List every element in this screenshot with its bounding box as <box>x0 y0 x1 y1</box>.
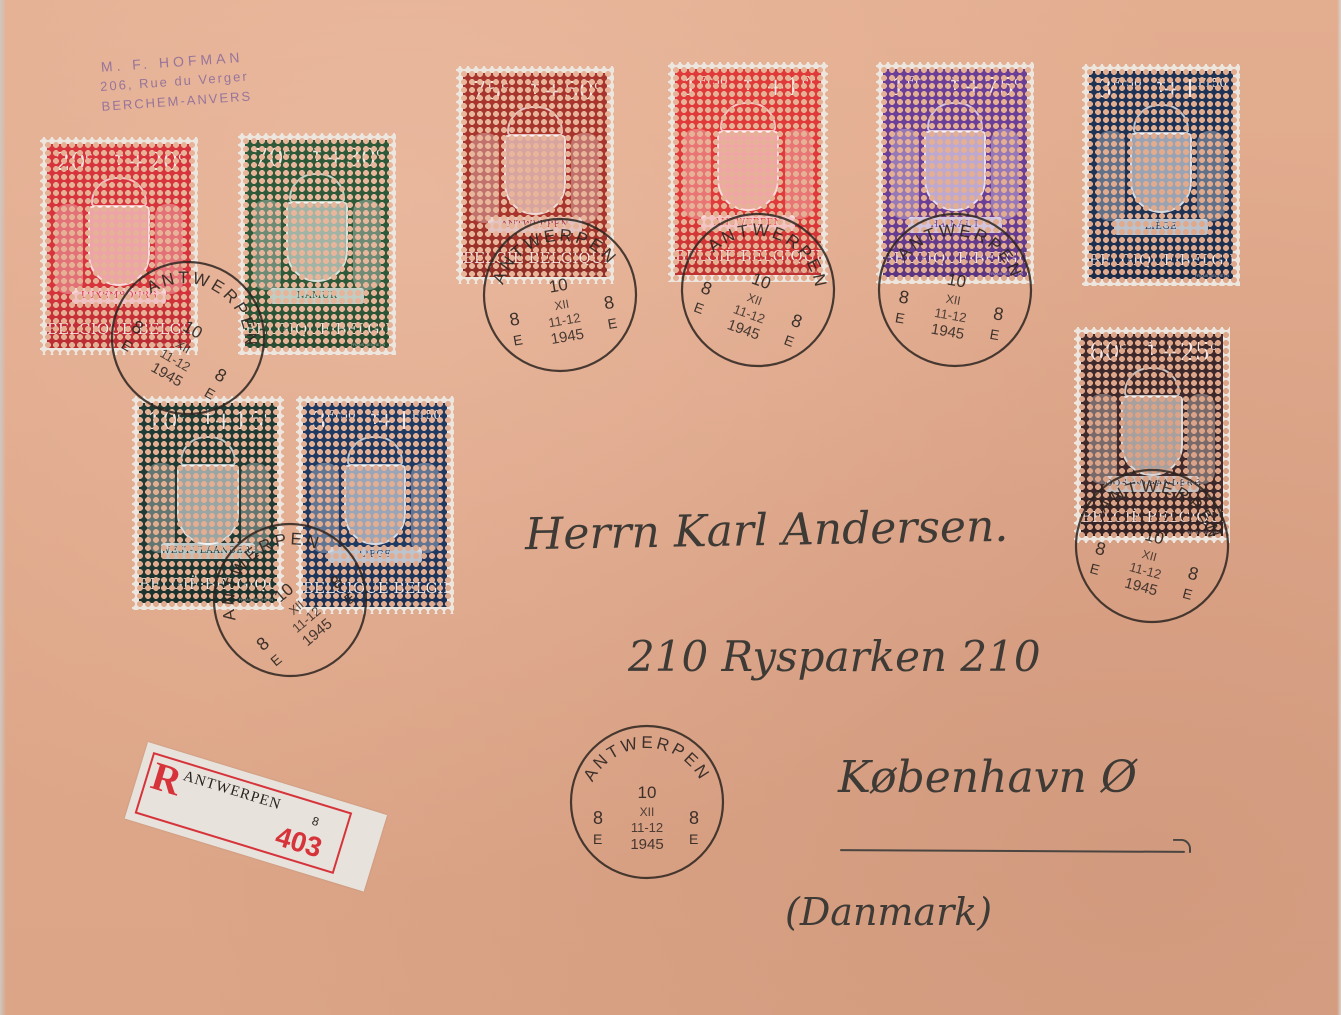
recipient-country: (Danmark) <box>785 890 992 934</box>
stamp-country: BELGIQUE·BELGIË <box>883 249 1027 267</box>
svg-text:8: 8 <box>789 310 805 332</box>
stamp-surcharge: +15c <box>214 409 271 433</box>
stamp-design: 70c☨+30cNAMURBELGIQUE·BELGIËFRANS BEGHEY… <box>245 140 389 348</box>
stamp-surcharge: +1Fr50 <box>1162 77 1227 101</box>
stamp-liege-bottom: 3Fr50☨+1Fr50LIEGEBELGIQUE·BELGIËFRANS BE… <box>296 396 454 614</box>
crown-icon <box>507 106 563 136</box>
coat-of-arms-shield-icon <box>344 465 406 545</box>
svg-text:E: E <box>989 326 1001 343</box>
lion-supporter-left-icon <box>311 463 339 553</box>
stamp-antwerpen-1fr50: 1Fr50☨+1FrANTWERPENBELGIË·BELGIQUEFRANS … <box>668 62 828 282</box>
stamp-namur: 70c☨+30cNAMURBELGIQUE·BELGIËFRANS BEGHEY… <box>238 133 396 355</box>
lion-supporter-right-icon <box>155 204 183 294</box>
province-ribbon: ANTWERPEN <box>488 217 582 233</box>
printer-imprint: FRANS BEGHEYN <box>239 597 273 602</box>
svg-text:1945: 1945 <box>930 321 966 344</box>
lion-supporter-right-icon <box>411 463 439 553</box>
crown-icon <box>180 436 236 466</box>
printer-imprint: FRANS BEGHEYN <box>153 342 187 347</box>
stamp-surcharge: +1Fr50 <box>376 409 441 433</box>
printer-imprint: FRANS BEGHEYN <box>351 342 385 347</box>
stamp-value: 75c <box>471 79 508 103</box>
svg-text:E: E <box>894 309 906 326</box>
printer-imprint: FRANS BEGHEYN <box>409 601 443 606</box>
lion-supporter-left-icon <box>1089 394 1117 484</box>
lion-supporter-left-icon <box>147 463 175 553</box>
svg-text:11-12: 11-12 <box>933 305 967 325</box>
province-ribbon: LUXEMBOURG <box>72 288 166 304</box>
svg-text:11-12: 11-12 <box>1128 559 1163 582</box>
svg-text:XII: XII <box>1141 547 1159 564</box>
svg-text:ANTWERPEN: ANTWERPEN <box>580 733 715 785</box>
crown-icon <box>91 177 147 207</box>
svg-text:1945: 1945 <box>630 836 663 853</box>
sender-address-stamp: M. F. HOFMAN 206, Rue du Verger BERCHEM-… <box>98 43 302 117</box>
printer-imprint: FRANS BEGHEYN <box>569 271 603 276</box>
coat-of-arms-shield-icon <box>924 131 986 211</box>
coat-of-arms-shield-icon <box>177 465 239 545</box>
svg-text:1945: 1945 <box>299 615 335 649</box>
stamp-value: 20c <box>55 150 92 174</box>
stamp-country: BELGIË·BELGIQUE <box>675 247 821 265</box>
lion-supporter-right-icon <box>991 129 1019 219</box>
stamp-value: 60c <box>1089 340 1126 364</box>
svg-text:1945: 1945 <box>148 359 185 390</box>
stamp-design: 60c☨+25cOOST-VLAANDERENBELGIË·BELGIQUEFR… <box>1081 334 1223 536</box>
svg-text:XII: XII <box>553 297 570 313</box>
province-ribbon: ANTWERPEN <box>701 215 795 231</box>
svg-text:E: E <box>782 332 796 350</box>
city-underline <box>840 849 1185 853</box>
cross-of-lorraine-icon: ☨ <box>743 73 754 93</box>
crown-icon <box>1133 104 1189 134</box>
crown-icon <box>720 102 776 132</box>
lion-supporter-right-icon <box>1187 394 1215 484</box>
province-ribbon: LIÈGE <box>1114 219 1208 235</box>
stamp-design: 10c☨+15cWEST-VLAANDERENBELGIË·BELGIQUEFR… <box>139 403 277 603</box>
stamp-country: BELGIQUE·BELGIË <box>1089 251 1233 269</box>
printer-imprint: FRANS BEGHEYN <box>1185 530 1219 535</box>
stamp-antwerpen-75c: 75c☨+50cANTWERPENBELGIË·BELGIQUEFRANS BE… <box>456 66 614 284</box>
lion-supporter-left-icon <box>1097 131 1125 221</box>
province-ribbon: HAINAUT <box>908 217 1002 233</box>
svg-text:E: E <box>593 831 602 847</box>
printer-imprint: FRANS BEGHEYN <box>989 271 1023 276</box>
svg-text:8: 8 <box>211 364 230 386</box>
stamp-luxembourg: 20c☨+20cLUXEMBOURGBELGIQUE·BELGIËFRANS B… <box>40 137 198 355</box>
svg-text:XII: XII <box>945 292 962 308</box>
svg-text:1945: 1945 <box>725 316 762 343</box>
coat-of-arms-shield-icon <box>504 135 566 215</box>
lion-supporter-right-icon <box>571 133 599 223</box>
stamp-design: 75c☨+50cANTWERPENBELGIË·BELGIQUEFRANS BE… <box>463 73 607 277</box>
svg-text:11-12: 11-12 <box>732 301 767 326</box>
cross-of-lorraine-icon: ☨ <box>1147 338 1158 358</box>
lion-supporter-left-icon <box>471 133 499 223</box>
stamp-country: BELGIQUE·BELGIË <box>245 320 389 338</box>
svg-text:XII: XII <box>640 805 655 819</box>
stamp-value: 3Fr50 <box>311 409 356 433</box>
lion-supporter-right-icon <box>353 200 381 290</box>
svg-text:8: 8 <box>689 808 699 828</box>
svg-text:8: 8 <box>508 309 521 330</box>
stamp-value: 70c <box>253 146 290 170</box>
stamp-country: BELGIQUE·BELGIË <box>47 320 191 338</box>
stamp-surcharge: +20c <box>128 150 185 174</box>
svg-text:8: 8 <box>252 633 273 655</box>
lion-supporter-right-icon <box>1197 131 1225 221</box>
svg-text:E: E <box>606 315 618 332</box>
stamp-value: 1Fr <box>891 75 920 99</box>
crown-icon <box>927 102 983 132</box>
cross-of-lorraine-icon: ☨ <box>203 407 214 427</box>
province-ribbon: WEST-VLAANDEREN <box>161 543 255 559</box>
cross-of-lorraine-icon: ☨ <box>950 73 961 93</box>
postmark-clear: ANTWERPEN 8 E 8 E 10 XII 11-12 1945 <box>567 722 727 886</box>
svg-text:8: 8 <box>593 808 603 828</box>
coat-of-arms-shield-icon <box>1121 396 1183 476</box>
stamp-liege-top: 3Fr50☨+1Fr50LIÈGEBELGIQUE·BELGIËFRANS BE… <box>1082 64 1240 286</box>
svg-text:10: 10 <box>638 783 657 802</box>
svg-text:8: 8 <box>897 287 910 308</box>
svg-text:8: 8 <box>992 303 1005 324</box>
svg-text:E: E <box>512 331 524 348</box>
stamp-west-vlaanderen: 10c☨+15cWEST-VLAANDERENBELGIË·BELGIQUEFR… <box>132 396 284 610</box>
stamp-country: BELGIË·BELGIQUE <box>1081 508 1223 526</box>
svg-text:XII: XII <box>745 290 764 308</box>
stamp-hainaut: 1Fr☨+75cHAINAUTBELGIQUE·BELGIËFRANS BEGH… <box>876 62 1034 284</box>
coat-of-arms-shield-icon <box>1130 133 1192 213</box>
crown-icon <box>289 173 345 203</box>
stamp-value: 10c <box>147 409 184 433</box>
province-ribbon: LIEGE <box>328 547 422 563</box>
svg-text:E: E <box>267 651 284 669</box>
stamp-design: 20c☨+20cLUXEMBOURGBELGIQUE·BELGIËFRANS B… <box>47 144 191 348</box>
svg-text:E: E <box>1088 560 1101 578</box>
coat-of-arms-shield-icon <box>88 206 150 286</box>
svg-text:8: 8 <box>602 292 615 313</box>
stamp-design: 3Fr50☨+1Fr50LIÈGEBELGIQUE·BELGIËFRANS BE… <box>1089 71 1233 279</box>
stamp-design: 1Fr50☨+1FrANTWERPENBELGIË·BELGIQUEFRANS … <box>675 69 821 275</box>
stamp-country: BELGIË·BELGIQUE <box>463 249 607 267</box>
coat-of-arms-shield-icon <box>717 131 779 211</box>
province-ribbon: OOST-VLAANDEREN <box>1105 476 1199 492</box>
recipient-city: København Ø <box>838 752 1137 803</box>
svg-text:E: E <box>692 299 706 317</box>
province-ribbon: NAMUR <box>270 288 364 304</box>
crown-icon <box>1124 367 1180 397</box>
stamp-oost-vlaanderen: 60c☨+25cOOST-VLAANDERENBELGIË·BELGIQUEFR… <box>1074 327 1230 543</box>
recipient-name: Herrn Karl Andersen. <box>525 501 1009 560</box>
envelope: M. F. HOFMAN 206, Rue du Verger BERCHEM-… <box>0 0 1341 1015</box>
lion-supporter-left-icon <box>253 200 281 290</box>
stamp-surcharge: +30c <box>326 146 383 170</box>
crown-icon <box>347 436 403 466</box>
registration-label: R ANTWERPEN 8 403 <box>125 742 387 892</box>
svg-text:1945: 1945 <box>1123 575 1160 600</box>
lion-supporter-left-icon <box>683 129 711 219</box>
svg-text:E: E <box>689 831 698 847</box>
stamp-value: 3Fr50 <box>1097 77 1142 101</box>
stamp-design: 1Fr☨+75cHAINAUTBELGIQUE·BELGIËFRANS BEGH… <box>883 69 1027 277</box>
svg-text:1945: 1945 <box>549 326 585 349</box>
lion-supporter-left-icon <box>891 129 919 219</box>
lion-supporter-right-icon <box>785 129 813 219</box>
stamp-design: 3Fr50☨+1Fr50LIEGEBELGIQUE·BELGIËFRANS BE… <box>303 403 447 607</box>
stamp-surcharge: +75c <box>964 75 1021 99</box>
stamp-country: BELGIQUE·BELGIË <box>303 579 447 597</box>
coat-of-arms-shield-icon <box>286 202 348 282</box>
svg-text:8: 8 <box>1186 563 1201 585</box>
printer-imprint: FRANS BEGHEYN <box>783 269 817 274</box>
lion-supporter-left-icon <box>55 204 83 294</box>
svg-text:11-12: 11-12 <box>631 820 663 835</box>
stamp-surcharge: +50c <box>544 79 601 103</box>
svg-text:11-12: 11-12 <box>547 310 581 330</box>
svg-text:E: E <box>1181 585 1194 603</box>
stamp-value: 1Fr50 <box>683 75 728 99</box>
stamp-surcharge: +25c <box>1160 340 1217 364</box>
printer-imprint: FRANS BEGHEYN <box>1195 273 1229 278</box>
stamp-surcharge: +1Fr <box>766 75 815 99</box>
recipient-street: 210 Rysparken 210 <box>628 632 1041 681</box>
cross-of-lorraine-icon: ☨ <box>312 144 323 164</box>
cross-of-lorraine-icon: ☨ <box>530 77 541 97</box>
lion-supporter-right-icon <box>241 463 269 553</box>
stamp-country: BELGIË·BELGIQUE <box>139 575 277 593</box>
cross-of-lorraine-icon: ☨ <box>114 148 125 168</box>
